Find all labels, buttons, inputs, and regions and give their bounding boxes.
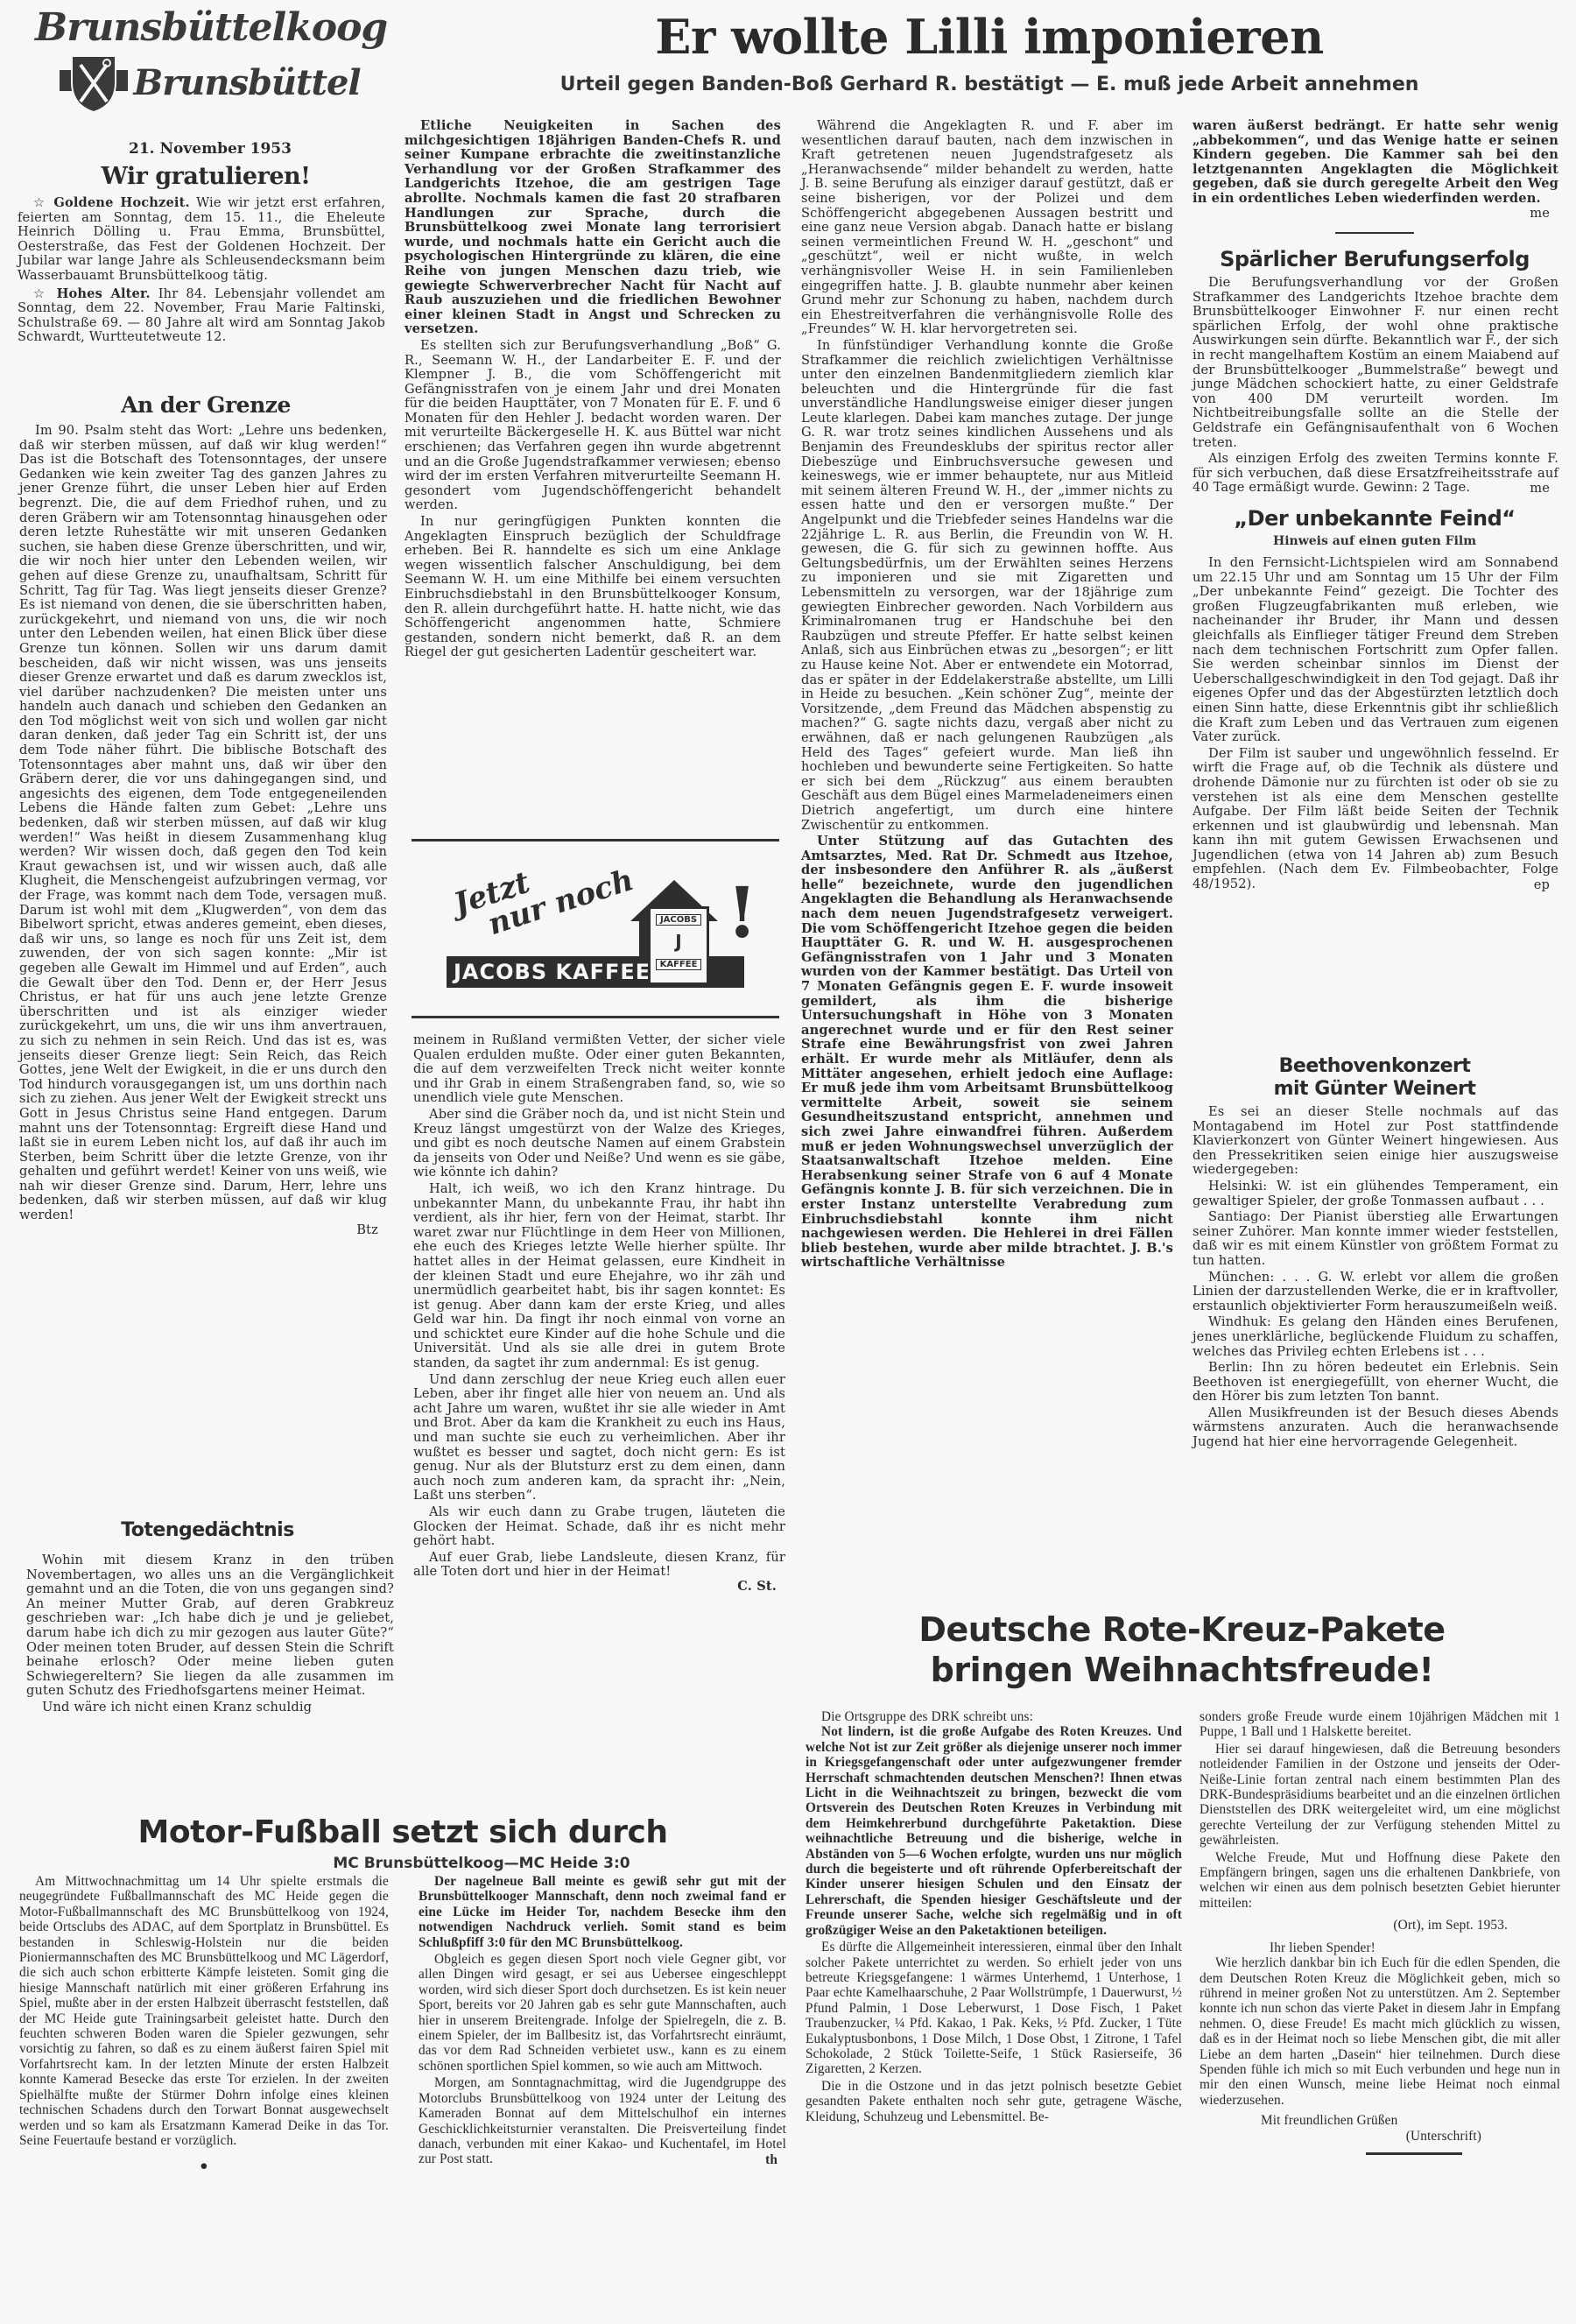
beethoven-body: Es sei an dieser Stelle nochmals auf das… [1193, 1105, 1558, 1450]
grenze-body: Im 90. Psalm steht das Wort: „Lehre uns … [19, 424, 387, 1237]
totengedaechtnis-col2: meinem in Rußland vermißten Vetter, der … [413, 1033, 785, 1595]
bullet-dot: ● [19, 2159, 389, 2173]
gratulation-body: ☆ Goldene Hochzeit. Wie wir jetzt erst e… [18, 196, 385, 345]
drk-col1: Die Ortsgruppe des DRK schreibt uns: Not… [806, 1709, 1182, 2124]
totengedaechtnis-title: Totengedächtnis [19, 1519, 396, 1541]
lilli-signature: me [1193, 207, 1558, 222]
drk-title: Deutsche Rote-Kreuz-Pakete bringen Weihn… [788, 1609, 1576, 1690]
feind-title: „Der unbekannte Feind“ [1191, 506, 1558, 531]
lilli-col3: waren äußerst bedrängt. Er hatte sehr we… [1193, 119, 1558, 221]
totengedaechtnis-col1: Wohin mit diesem Kranz in den trüben Nov… [26, 1553, 394, 1715]
lilli-subtitle: Urteil gegen Banden-Boß Gerhard R. bestä… [403, 74, 1576, 95]
beethoven-title: Beethovenkonzert mit Günter Weinert [1191, 1055, 1558, 1101]
issue-date: 21. November 1953 [35, 140, 385, 158]
gratulation-item: ☆ Hohes Alter. Ihr 84. Lebensjahr vollen… [18, 287, 385, 345]
berufung-title: Spärlicher Berufungserfolg [1191, 247, 1558, 271]
end-rule [1366, 2152, 1462, 2155]
drk-intro: Die Ortsgruppe des DRK schreibt uns: [806, 1709, 1182, 1724]
gratulation-title: Wir gratulieren! [18, 163, 394, 190]
section-divider [1335, 232, 1414, 234]
star-icon: ☆ [33, 286, 57, 301]
motor-title: Motor-Fußball setzt sich durch [18, 1814, 788, 1850]
motor-col1: Am Mittwochnachmittag um 14 Uhr spielte … [19, 1874, 389, 2174]
jacobs-kaffee-ad[interactable]: Jetzt nur noch JACOBS KAFFEE JACOBS J KA… [438, 854, 762, 1003]
star-icon: ☆ [33, 195, 53, 210]
feind-body: In den Fernsicht-Lichtspielen wird am So… [1193, 556, 1558, 892]
ad-top-rule [412, 839, 779, 842]
ad-bottom-rule [412, 1016, 779, 1018]
lilli-col1: Etliche Neuigkeiten in Sachen des milchg… [405, 119, 781, 660]
gratulation-item: ☆ Goldene Hochzeit. Wie wir jetzt erst e… [18, 196, 385, 284]
berufung-body: Die Berufungsverhandlung vor der Großen … [1193, 276, 1558, 496]
coffee-pack: JACOBS J KAFFEE [648, 906, 709, 985]
masthead-line2: Brunsbüttel [133, 64, 360, 102]
masthead-line1: Brunsbüttelkoog [35, 7, 385, 49]
drk-col2: sonders große Freude wurde einem 10jähri… [1200, 1709, 1560, 2155]
letter-body: Wie herzlich dankbar bin ich Euch für di… [1200, 1955, 1560, 2108]
feind-subtitle: Hinweis auf einen guten Film [1191, 534, 1558, 548]
coat-of-arms-icon [60, 53, 128, 114]
totengedaechtnis-signature: C. St. [413, 1580, 785, 1595]
letter-place-date: (Ort), im Sept. 1953. [1200, 1918, 1560, 1933]
ad-exclaim: ! [727, 871, 757, 954]
lilli-col2: Während die Angeklagten R. und F. aber i… [801, 119, 1173, 1271]
motor-subtitle: MC Brunsbüttelkoog—MC Heide 3:0 [18, 1855, 788, 1872]
lilli-title: Er wollte Lilli imponieren [403, 9, 1576, 65]
ad-slogan: Jetzt nur noch [450, 836, 637, 947]
letter-signature: (Unterschrift) [1200, 2129, 1560, 2144]
masthead: Brunsbüttelkoog Brunsbüttel [35, 7, 385, 112]
grenze-title: An der Grenze [18, 392, 394, 418]
letter-closing: Mit freundlichen Grüßen [1200, 2113, 1560, 2128]
letter-salutation: Ihr lieben Spender! [1200, 1940, 1560, 1955]
grenze-signature: Btz [19, 1223, 387, 1238]
motor-col2: Der nagelneue Ball meinte es gewiß sehr … [419, 1874, 786, 2167]
